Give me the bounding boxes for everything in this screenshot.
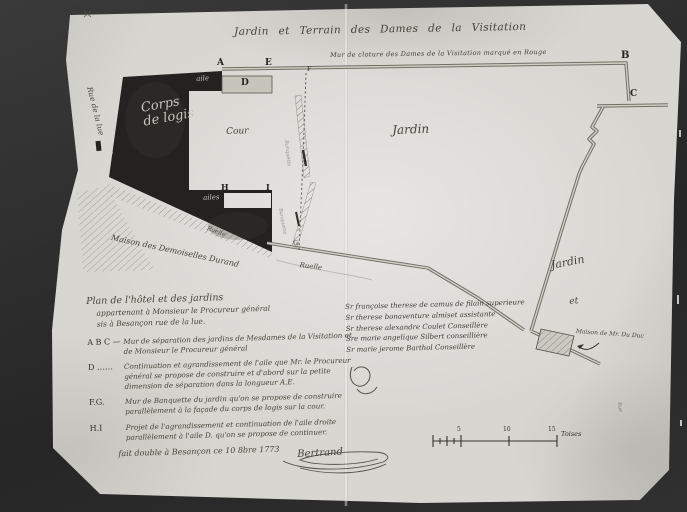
scale-tick-label: 5 [457,426,461,433]
legend-text: Continuation et agrandissement de l'aile… [124,356,357,393]
legend-item-abc: A B C — Mur de séparation des jardins de… [87,331,355,359]
marker-i: I [266,182,270,192]
marker-a: A [217,58,224,68]
gate-notch [102,139,113,155]
legend-item-hi: H.I Projet de l'agrandissement et contin… [90,416,358,444]
legend-marker: A B C — [87,337,124,358]
scanned-plan-document: Jardin et Terrain des Dames de la Visita… [0,0,687,512]
legend-item-d: D …… Continuation et agrandissement de l… [88,356,357,394]
label-arrow-head-icon [577,344,584,349]
legend-marker: H.I [90,422,127,443]
ink-mark [296,212,299,226]
marker-h: H [221,182,229,192]
marker-b: B [621,50,629,61]
label-jardin-main: Jardin [392,123,429,137]
legend-item-fg: F.G. Mur de Banquette du jardin qu'on se… [89,391,357,419]
marker-c: C [630,89,637,99]
label-rue-small: Rue [616,402,623,413]
ruelle-faint-line [276,260,372,280]
marker-f: F [307,66,311,73]
banquette-hatch-bar-lower [292,182,316,248]
scale-bar [433,435,557,447]
legend-text: Mur de Banquette du jardin qu'on se prop… [125,391,357,418]
label-et: et [569,297,579,308]
marker-e: E [265,58,272,68]
label-aile-bottom: ailes [203,194,220,203]
scale-tick-label: 10 [503,426,511,433]
scale-unit-label: Toises [561,430,581,438]
label-cour: Cour [226,127,249,138]
scale-tick-label: 15 [548,426,556,433]
label-aile-top: aile [196,75,209,84]
marker-g: G [293,240,298,247]
marker-d: D [241,78,249,88]
gate-mark [95,141,101,151]
legend-marker: D …… [88,362,125,393]
legend-text: Projet de l'agrandissement et continuati… [126,416,358,443]
banquette-hatch-bar-upper [295,95,310,178]
legend-marker: F.G. [89,397,126,418]
pencil-cross-mark [84,11,91,17]
legend-text: Mur de séparation des jardins de Mesdame… [123,331,355,358]
legend-block: Plan de l'hôtel et des jardins appartena… [86,289,358,459]
signatures-block: Sr françoise therese de camus de filain … [345,296,566,356]
